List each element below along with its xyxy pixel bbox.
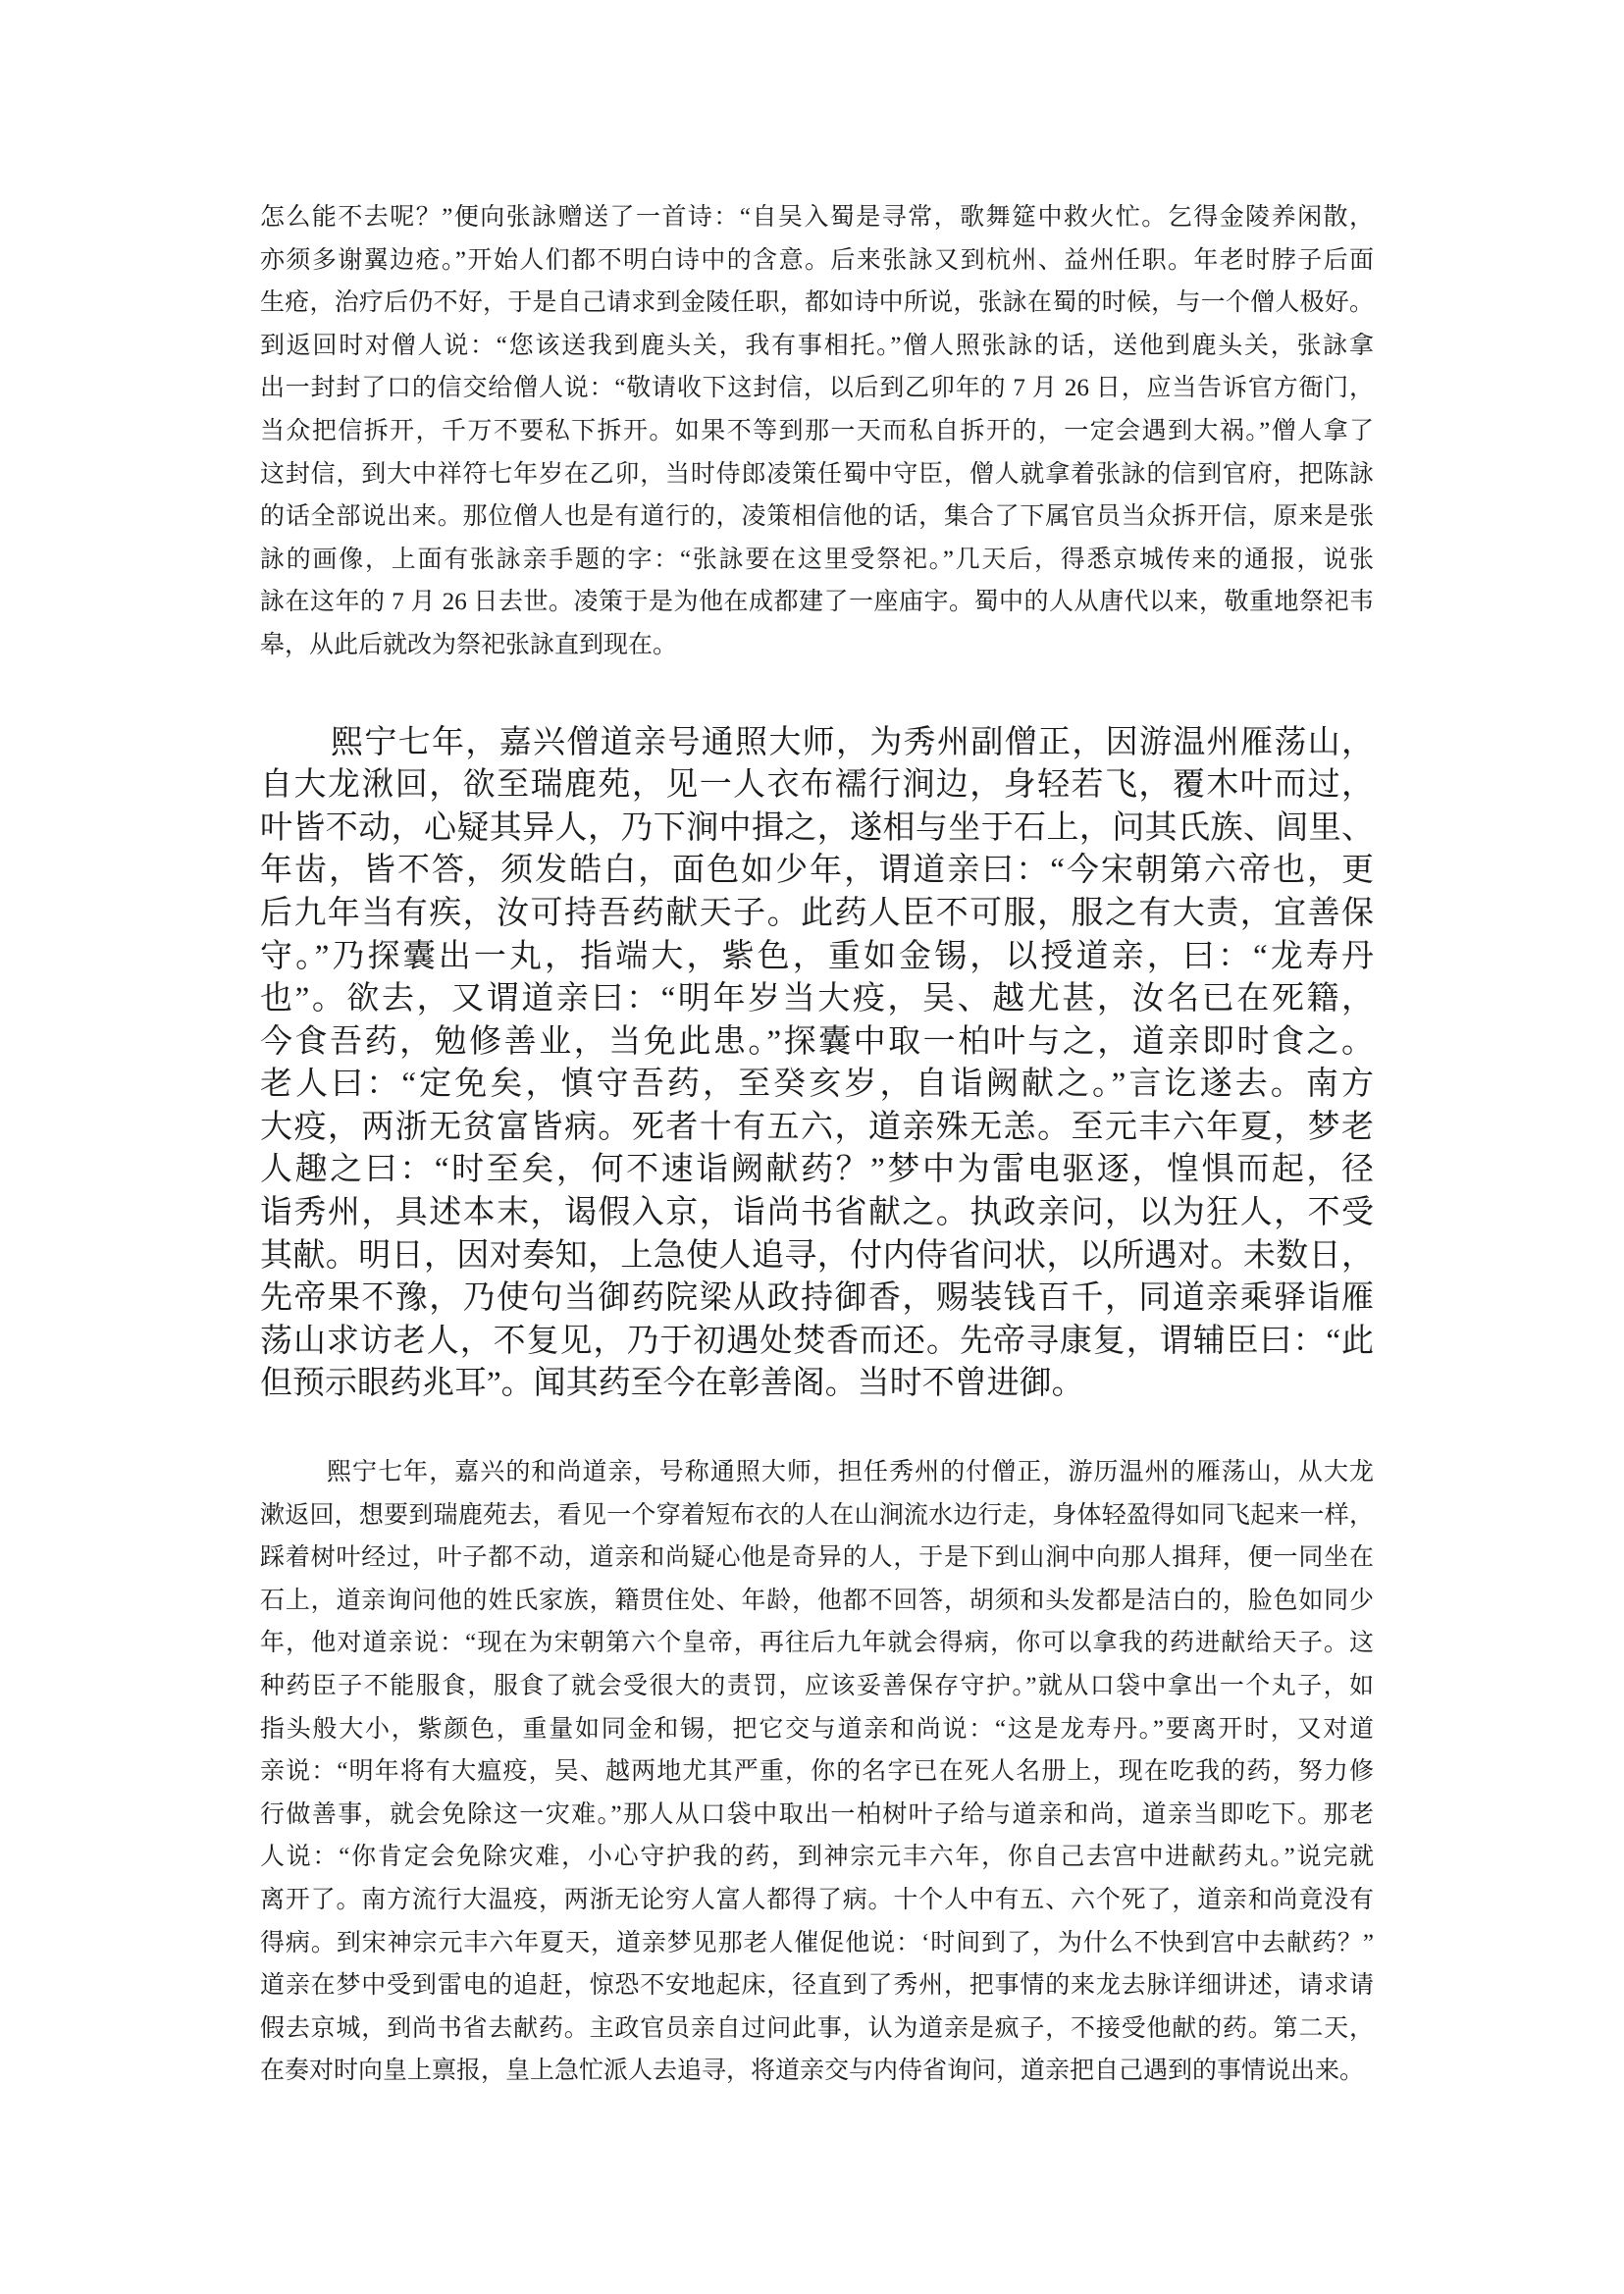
- text-line: 离开了。南方流行大温疫，两浙无论穷人富人都得了病。十个人中有五、六个死了，道亲和…: [260, 1879, 1374, 1922]
- text-line: 亲说：“明年将有大瘟疫，吴、越两地尤其严重，你的名字已在死人名册上，现在吃我的药…: [260, 1750, 1374, 1794]
- text-line: 熙宁七年，嘉兴僧道亲号通照大师，为秀州副僧正，因游温州雁荡山，: [260, 722, 1374, 765]
- text-line: 种药臣子不能服食，服食了就会受很大的责罚，应该妥善保存守护。”就从口袋中拿出一个…: [260, 1665, 1374, 1708]
- text-line: 年，他对道亲说：“现在为宋朝第六个皇帝，再往后九年就会得病，你可以拿我的药进献给…: [260, 1622, 1374, 1665]
- paragraph-daoqin-classical-text: 熙宁七年，嘉兴僧道亲号通照大师，为秀州副僧正，因游温州雁荡山，自大龙湫回，欲至瑞…: [260, 722, 1374, 1407]
- text-line: 的话全部说出来。那位僧人也是有道行的，凌策相信他的话，集合了下属官员当众拆开信，…: [260, 495, 1374, 539]
- text-line: 怎么能不去呢？”便向张詠赠送了一首诗：“自吴入蜀是寻常，歌舞筵中救火忙。乞得金陵…: [260, 196, 1374, 239]
- text-line: 先帝果不豫，乃使句当御药院梁从政持御香，赐装钱百千，同道亲乘驿诣雁: [260, 1277, 1374, 1321]
- text-line: 荡山求访老人，不复见，乃于初遇处焚香而还。先帝寻康复，谓辅臣曰：“此: [260, 1321, 1374, 1364]
- text-line: 亦须多谢翼边疮。”开始人们都不明白诗中的含意。后来张詠又到杭州、益州任职。年老时…: [260, 239, 1374, 283]
- text-line: 生疮，治疗后仍不好，于是自己请求到金陵任职，都如诗中所说，张詠在蜀的时候，与一个…: [260, 282, 1374, 325]
- text-line: 漱返回，想要到瑞鹿苑去，看见一个穿着短布衣的人在山涧流水边行走，身体轻盈得如同飞…: [260, 1494, 1374, 1538]
- text-line: 守。”乃探囊出一丸，指端大，紫色，重如金锡，以授道亲，曰：“龙寿丹: [260, 936, 1374, 979]
- text-line: 年齿，皆不答，须发皓白，面色如少年，谓道亲曰：“今宋朝第六帝也，更: [260, 850, 1374, 893]
- text-line: 石上，道亲询问他的姓氏家族，籍贯住处、年龄，他都不回答，胡须和头发都是洁白的，脸…: [260, 1580, 1374, 1623]
- text-line: 也”。欲去，又谓道亲曰：“明年岁当大疫，吴、越尤甚，汝名已在死籍，: [260, 978, 1374, 1021]
- text-line: 自大龙湫回，欲至瑞鹿苑，见一人衣布襦行涧边，身轻若飞，覆木叶而过，: [260, 764, 1374, 808]
- paragraph-zhangyong-translation-continued: 怎么能不去呢？”便向张詠赠送了一首诗：“自吴入蜀是寻常，歌舞筵中救火忙。乞得金陵…: [260, 196, 1374, 667]
- text-line: 后九年当有疾，汝可持吾药献天子。此药人臣不可服，服之有大责，宜善保: [260, 893, 1374, 936]
- text-line: 当众把信拆开，千万不要私下拆开。如果不等到那一天而私自拆开的，一定会遇到大祸。”…: [260, 410, 1374, 453]
- text-line: 到返回时对僧人说：“您该送我到鹿头关，我有事相托。”僧人照张詠的话，送他到鹿头关…: [260, 325, 1374, 368]
- text-line: 指头般大小，紫颜色，重量如同金和锡，把它交与道亲和尚说：“这是龙寿丹。”要离开时…: [260, 1708, 1374, 1751]
- paragraph-daoqin-modern-translation: 熙宁七年，嘉兴的和尚道亲，号称通照大师，担任秀州的付僧正，游历温州的雁荡山，从大…: [260, 1451, 1374, 2093]
- text-line: 踩着树叶经过，叶子都不动，道亲和尚疑心他是奇异的人，于是下到山涧中向那人揖拜，便…: [260, 1537, 1374, 1580]
- text-line: 皋，从此后就改为祭祀张詠直到现在。: [260, 624, 1374, 667]
- text-line: 熙宁七年，嘉兴的和尚道亲，号称通照大师，担任秀州的付僧正，游历温州的雁荡山，从大…: [260, 1451, 1374, 1494]
- text-line: 出一封封了口的信交给僧人说：“敬请收下这封信，以后到乙卯年的 7 月 26 日，…: [260, 367, 1374, 410]
- text-line: 在奏对时向皇上禀报，皇上急忙派人去追寻，将道亲交与内侍省询问，道亲把自己遇到的事…: [260, 2050, 1374, 2093]
- document-page: 怎么能不去呢？”便向张詠赠送了一首诗：“自吴入蜀是寻常，歌舞筵中救火忙。乞得金陵…: [0, 0, 1624, 2294]
- text-line: 人说：“你肯定会免除灾难，小心守护我的药，到神宗元丰六年，你自己去宫中进献药丸。…: [260, 1836, 1374, 1879]
- text-line: 老人曰：“定免矣，慎守吾药，至癸亥岁，自诣阙献之。”言讫遂去。南方: [260, 1064, 1374, 1107]
- text-line: 其献。明日，因对奏知，上急使人追寻，付内侍省问状，以所遇对。未数日，: [260, 1235, 1374, 1278]
- text-line: 得病。到宋神宗元丰六年夏天，道亲梦见那老人催促他说：‘时间到了，为什么不快到宫中…: [260, 1922, 1374, 1965]
- text-line: 叶皆不动，心疑其异人，乃下涧中揖之，遂相与坐于石上，问其氏族、闾里、: [260, 808, 1374, 851]
- text-line: 人趣之曰：“时至矣，何不速诣阙献药？”梦中为雷电驱逐，惶惧而起，径: [260, 1149, 1374, 1192]
- text-line: 詠在这年的 7 月 26 日去世。凌策于是为他在成都建了一座庙宇。蜀中的人从唐代…: [260, 581, 1374, 624]
- text-line: 假去京城，到尚书省去献药。主政官员亲自过问此事，认为道亲是疯子，不接受他献的药。…: [260, 2007, 1374, 2051]
- text-line: 行做善事，就会免除这一灾难。”那人从口袋中取出一柏树叶子给与道亲和尚，道亲当即吃…: [260, 1794, 1374, 1837]
- text-line: 大疫，两浙无贫富皆病。死者十有五六，道亲殊无恙。至元丰六年夏，梦老: [260, 1107, 1374, 1150]
- text-line: 诣秀州，具述本末，谒假入京，诣尚书省献之。执政亲问，以为狂人，不受: [260, 1192, 1374, 1235]
- text-line: 但预示眼药兆耳”。闻其药至今在彰善阁。当时不曾进御。: [260, 1363, 1374, 1406]
- page-content: 怎么能不去呢？”便向张詠赠送了一首诗：“自吴入蜀是寻常，歌舞筵中救火忙。乞得金陵…: [260, 196, 1374, 2093]
- text-line: 这封信，到大中祥符七年岁在乙卯，当时侍郎凌策任蜀中守臣，僧人就拿着张詠的信到官府…: [260, 453, 1374, 496]
- text-line: 詠的画像，上面有张詠亲手题的字：“张詠要在这里受祭祀。”几天后，得悉京城传来的通…: [260, 539, 1374, 582]
- text-line: 今食吾药，勉修善业，当免此患。”探囊中取一柏叶与之，道亲即时食之。: [260, 1021, 1374, 1065]
- text-line: 道亲在梦中受到雷电的追赶，惊恐不安地起床，径直到了秀州，把事情的来龙去脉详细讲述…: [260, 1964, 1374, 2007]
